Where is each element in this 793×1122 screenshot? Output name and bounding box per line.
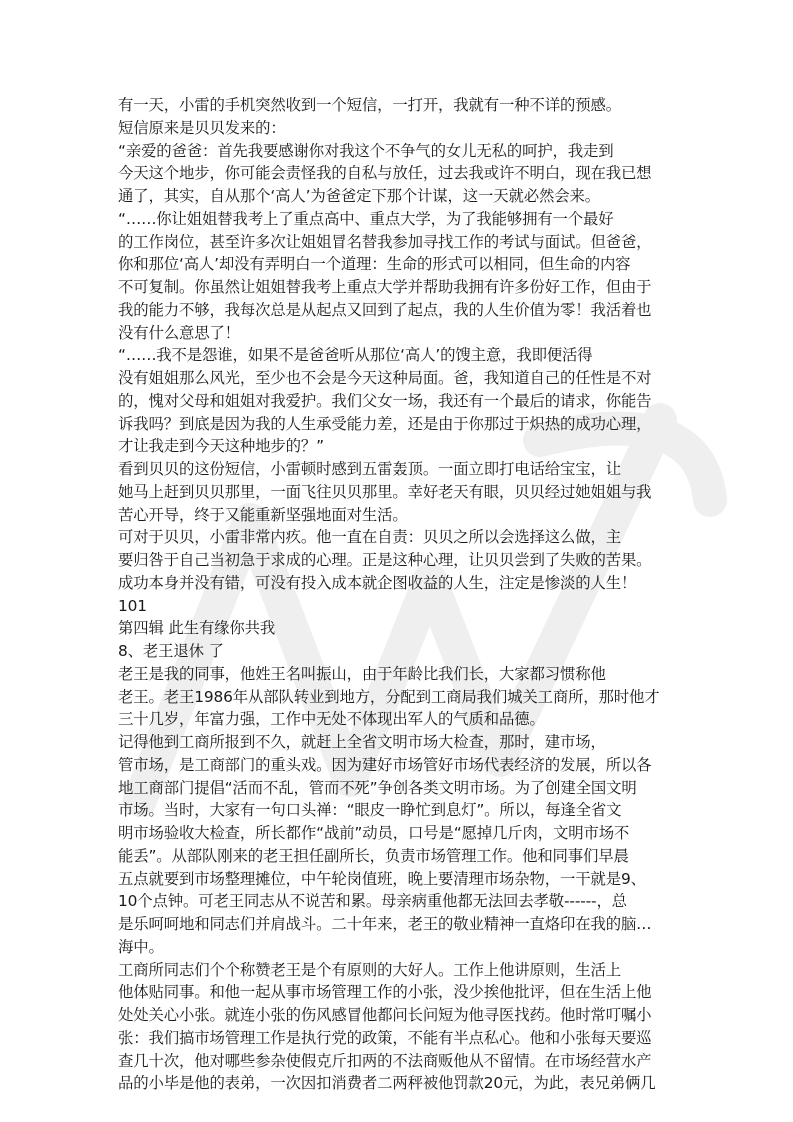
text-line: 有一天，小雷的手机突然收到一个短信，一打开，我就有一种不详的预感。 <box>118 94 688 117</box>
text-line: 你和那位‘高人’却没有弄明白一个道理：生命的形式可以相同，但生命的内容 <box>118 253 688 276</box>
document-page: 有一天，小雷的手机突然收到一个短信，一打开，我就有一种不详的预感。 短信原来是贝… <box>0 0 793 1122</box>
text-line: 能丢”。从部队刚来的老王担任副所长，负责市场管理工作。他和同事们早晨 <box>118 845 688 868</box>
text-line: 记得他到工商所报到不久，就赶上全省文明市场大检查，那时，建市场， <box>118 731 688 754</box>
text-line: 管市场，是工商部门的重头戏。因为建好市场管好市场代表经济的发展，所以各 <box>118 754 688 777</box>
text-line: 三十几岁，年富力强，工作中无处不体现出军人的气质和品德。 <box>118 708 688 731</box>
text-line: 10个点钟。可老王同志从不说苦和累。母亲病重他都无法回去孝敬------，总 <box>118 890 688 913</box>
text-line: 处处关心小张。就连小张的伤风感冒他都问长问短为他寻医找药。他时常叮嘱小 <box>118 1004 688 1027</box>
text-line: 张：我们搞市场管理工作是执行党的政策，不能有半点私心。他和小张每天要巡 <box>118 1027 688 1050</box>
text-line: 不可复制。你虽然让姐姐替我考上重点大学并帮助我拥有许多份好工作，但由于 <box>118 276 688 299</box>
text-line: 海中。 <box>118 936 688 959</box>
page-number: 101 <box>118 595 688 618</box>
document-body: 有一天，小雷的手机突然收到一个短信，一打开，我就有一种不详的预感。 短信原来是贝… <box>118 94 688 1095</box>
text-line: 才让我走到今天这种地步的？” <box>118 435 688 458</box>
text-line: 苦心开导，终于又能重新坚强地面对生活。 <box>118 504 688 527</box>
text-line: 地工商部门提倡“活而不乱，管而不死”争创各类文明市场。为了创建全国文明 <box>118 777 688 800</box>
text-line: 的工作岗位，甚至许多次让姐姐冒名替我参加寻找工作的考试与面试。但爸爸， <box>118 231 688 254</box>
text-line: 今天这个地步，你可能会责怪我的自私与放任，过去我或许不明白，现在我已想 <box>118 162 688 185</box>
text-line: 诉我吗？到底是因为我的人生承受能力差，还是由于你那过于炽热的成功心理， <box>118 413 688 436</box>
text-line: 五点就要到市场整理摊位，中午轮岗值班，晚上要清理市场杂物，一干就是9、 <box>118 868 688 891</box>
text-line: “亲爱的爸爸：首先我要感谢你对我这个不争气的女儿无私的呵护，我走到 <box>118 140 688 163</box>
text-line: “……你让姐姐替我考上了重点高中、重点大学，为了我能够拥有一个最好 <box>118 208 688 231</box>
text-line: 他体贴同事。和他一起从事市场管理工作的小张，没少挨他批评，但在生活上他 <box>118 981 688 1004</box>
text-line: 要归咎于自己当初急于求成的心理。正是这种心理，让贝贝尝到了失败的苦果。 <box>118 549 688 572</box>
text-line: 没有什么意思了！ <box>118 322 688 345</box>
text-line: 工商所同志们个个称赞老王是个有原则的大好人。工作上他讲原则，生活上 <box>118 959 688 982</box>
text-line: 老王是我的同事，他姓王名叫振山，由于年龄比我们长，大家都习惯称他 <box>118 663 688 686</box>
text-line: 是乐呵呵地和同志们并肩战斗。二十年来，老王的敬业精神一直烙印在我的脑… <box>118 913 688 936</box>
text-line: 明市场验收大检查，所长都作“战前”动员，口号是“愿掉几斤肉，文明市场不 <box>118 822 688 845</box>
text-line: 成功本身并没有错，可没有投入成本就企图收益的人生，注定是惨淡的人生！ <box>118 572 688 595</box>
text-line: 通了，其实，自从那个‘高人’为爸爸定下那个计谋，这一天就必然会来。 <box>118 185 688 208</box>
section-title: 第四辑 此生有缘你共我 <box>118 617 688 640</box>
text-line: 老王。老王1986年从部队转业到地方，分配到工商局我们城关工商所，那时他才 <box>118 686 688 709</box>
text-line: 的，愧对父母和姐姐对我爱护。我们父女一场，我还有一个最后的请求，你能告 <box>118 390 688 413</box>
text-line: 市场。当时，大家有一句口头禅：“眼皮一睁忙到息灯”。所以，每逢全省文 <box>118 799 688 822</box>
text-line: “……我不是怨谁，如果不是爸爸听从那位‘高人’的馊主意，我即便活得 <box>118 344 688 367</box>
text-line: 我的能力不够，我每次总是从起点又回到了起点，我的人生价值为零！我活着也 <box>118 299 688 322</box>
text-line: 查几十次，他对哪些参杂使假克斤扣两的不法商贩他从不留情。在市场经营水产 <box>118 1050 688 1073</box>
text-line: 短信原来是贝贝发来的： <box>118 117 688 140</box>
text-line: 看到贝贝的这份短信，小雷顿时感到五雷轰顶。一面立即打电话给宝宝，让 <box>118 458 688 481</box>
text-line: 品的小毕是他的表弟，一次因扣消费者二两秤被他罚款20元，为此，表兄弟俩几 <box>118 1072 688 1095</box>
text-line: 她马上赶到贝贝那里，一面飞往贝贝那里。幸好老天有眼，贝贝经过她姐姐与我 <box>118 481 688 504</box>
text-line: 可对于贝贝，小雷非常内疚。他一直在自责：贝贝之所以会选择这么做，主 <box>118 526 688 549</box>
chapter-title: 8、老王退休 了 <box>118 640 688 663</box>
text-line: 没有姐姐那么风光，至少也不会是今天这种局面。爸，我知道自己的任性是不对 <box>118 367 688 390</box>
